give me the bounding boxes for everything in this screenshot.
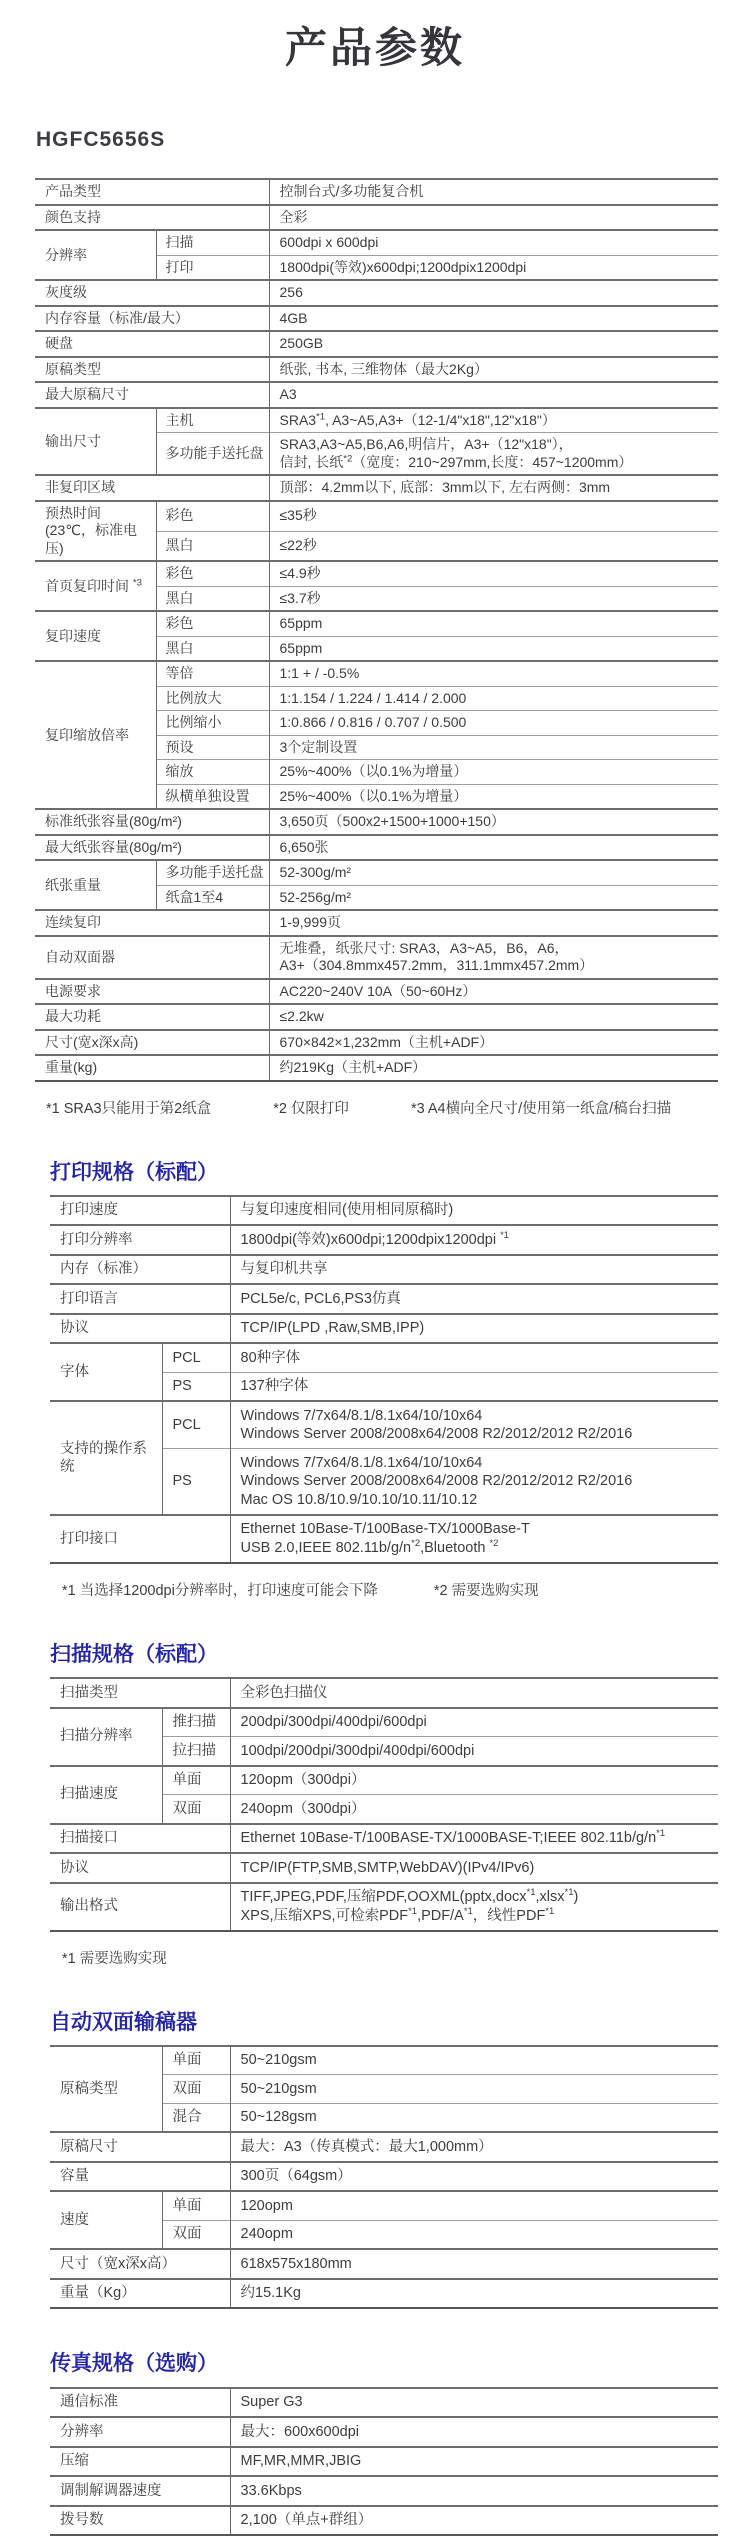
spec-sublabel: 比例放大 bbox=[156, 686, 269, 711]
table-row: 拨号数2,100（单点+群组） bbox=[50, 2506, 718, 2536]
table-row: 连续复印1-9,999页 bbox=[35, 910, 718, 936]
spec-label: 尺寸（宽x深x高） bbox=[50, 2249, 230, 2279]
table-row: 非复印区域顶部：4.2mm以下, 底部：3mm以下, 左右两侧：3mm bbox=[35, 475, 718, 501]
spec-sublabel: 多功能手送托盘 bbox=[156, 433, 269, 476]
spec-value: 与复印机共享 bbox=[230, 1255, 718, 1285]
spec-sublabel: 缩放 bbox=[156, 760, 269, 785]
footnote: *1 SRA3只能用于第2纸盒 bbox=[46, 1097, 211, 1118]
footnote: *1 需要选购实现 bbox=[62, 1947, 167, 1968]
spec-value: 4GB bbox=[269, 306, 718, 332]
footnote: *3 A4横向全尺寸/使用第一纸盒/稿台扫描 bbox=[411, 1097, 671, 1118]
spec-label: 打印分辨率 bbox=[50, 1225, 230, 1255]
section-print-specs: 打印规格（标配） 打印速度与复印速度相同(使用相同原稿时)打印分辨率1800dp… bbox=[0, 1160, 750, 1600]
spec-label: 最大原稿尺寸 bbox=[35, 382, 269, 408]
footnote: *2 需要选购实现 bbox=[434, 1579, 539, 1600]
scan-spec-table: 扫描类型全彩色扫描仪扫描分辨率推扫描200dpi/300dpi/400dpi/6… bbox=[50, 1677, 718, 1932]
spec-value: ≤22秒 bbox=[269, 531, 718, 561]
spec-value: 1:0.866 / 0.816 / 0.707 / 0.500 bbox=[269, 711, 718, 736]
table-row: 灰度级256 bbox=[35, 280, 718, 306]
section-heading-adf: 自动双面输稿器 bbox=[50, 2010, 750, 2035]
spec-value: 25%~400%（以0.1%为增量） bbox=[269, 784, 718, 809]
fax-spec-table: 通信标准Super G3分辨率最大：600x600dpi压缩MF,MR,MMR,… bbox=[50, 2387, 718, 2536]
table-row: 输出格式TIFF,JPEG,PDF,压缩PDF,OOXML(pptx,docx*… bbox=[50, 1883, 718, 1931]
spec-value: ≤3.7秒 bbox=[269, 586, 718, 611]
footnote: *2 仅限打印 bbox=[273, 1097, 349, 1118]
spec-label: 协议 bbox=[50, 1314, 230, 1344]
spec-label: 扫描分辨率 bbox=[50, 1708, 162, 1766]
table-row: 电源要求AC220~240V 10A（50~60Hz） bbox=[35, 979, 718, 1005]
section-adf-specs: 自动双面输稿器 原稿类型单面50~210gsm双面50~210gsm混合50~1… bbox=[0, 2010, 750, 2310]
spec-sublabel: 黑白 bbox=[156, 636, 269, 661]
spec-label: 重量(kg) bbox=[35, 1055, 269, 1081]
table-row: 复印速度彩色65ppm bbox=[35, 611, 718, 636]
spec-sublabel: 多功能手送托盘 bbox=[156, 860, 269, 885]
spec-value: PCL5e/c, PCL6,PS3仿真 bbox=[230, 1284, 718, 1314]
table-row: 最大纸张容量(80g/m²)6,650张 bbox=[35, 835, 718, 861]
spec-value: 250GB bbox=[269, 331, 718, 357]
table-row: 内存容量（标准/最大）4GB bbox=[35, 306, 718, 332]
spec-value: 50~210gsm bbox=[230, 2075, 718, 2104]
spec-value: A3 bbox=[269, 382, 718, 408]
spec-value: TIFF,JPEG,PDF,压缩PDF,OOXML(pptx,docx*1,xl… bbox=[230, 1883, 718, 1931]
spec-label: 输出尺寸 bbox=[35, 408, 156, 476]
spec-label: 自动双面器 bbox=[35, 936, 269, 979]
spec-value: 240opm（300dpi） bbox=[230, 1795, 718, 1824]
table-row: 硬盘250GB bbox=[35, 331, 718, 357]
spec-label: 非复印区域 bbox=[35, 475, 269, 501]
spec-value: TCP/IP(FTP,SMB,SMTP,WebDAV)(IPv4/IPv6) bbox=[230, 1853, 718, 1883]
spec-value: 约15.1Kg bbox=[230, 2279, 718, 2309]
spec-label: 速度 bbox=[50, 2191, 162, 2249]
spec-label: 拨号数 bbox=[50, 2506, 230, 2536]
print-footnotes: *1 当选择1200dpi分辨率时，打印速度可能会下降*2 需要选购实现 bbox=[62, 1579, 750, 1600]
spec-sublabel: 双面 bbox=[162, 1795, 230, 1824]
table-row: 输出尺寸主机SRA3*1, A3~A5,A3+（12-1/4"x18",12"x… bbox=[35, 408, 718, 433]
spec-label: 打印接口 bbox=[50, 1515, 230, 1563]
spec-value: 240opm bbox=[230, 2220, 718, 2249]
model-number: HGFC5656S bbox=[36, 128, 750, 152]
table-row: 尺寸（宽x深x高）618x575x180mm bbox=[50, 2249, 718, 2279]
spec-value: 1-9,999页 bbox=[269, 910, 718, 936]
spec-value: 65ppm bbox=[269, 611, 718, 636]
table-row: 预热时间(23℃，标准电压)彩色≤35秒 bbox=[35, 501, 718, 531]
table-row: 支持的操作系统PCLWindows 7/7x64/8.1/8.1x64/10/1… bbox=[50, 1401, 718, 1449]
spec-label: 最大纸张容量(80g/m²) bbox=[35, 835, 269, 861]
spec-sublabel: 黑白 bbox=[156, 586, 269, 611]
table-row: 打印语言PCL5e/c, PCL6,PS3仿真 bbox=[50, 1284, 718, 1314]
table-row: 首页复印时间 *3彩色≤4.9秒 bbox=[35, 561, 718, 586]
table-row: 分辨率最大：600x600dpi bbox=[50, 2417, 718, 2447]
spec-label: 连续复印 bbox=[35, 910, 269, 936]
table-row: 调制解调器速度33.6Kbps bbox=[50, 2476, 718, 2506]
spec-value: Windows 7/7x64/8.1/8.1x64/10/10x64Window… bbox=[230, 1401, 718, 1449]
table-row: 重量(kg)约219Kg（主机+ADF） bbox=[35, 1055, 718, 1081]
spec-value: 50~210gsm bbox=[230, 2046, 718, 2075]
spec-value: SRA3,A3~A5,B6,A6,明信片，A3+（12"x18"），信封, 长纸… bbox=[269, 433, 718, 476]
spec-value: 3个定制设置 bbox=[269, 735, 718, 760]
spec-label: 复印速度 bbox=[35, 611, 156, 661]
spec-label: 电源要求 bbox=[35, 979, 269, 1005]
spec-label: 压缩 bbox=[50, 2447, 230, 2477]
spec-value: 33.6Kbps bbox=[230, 2476, 718, 2506]
table-row: 尺寸(宽x深x高)670×842×1,232mm（主机+ADF） bbox=[35, 1030, 718, 1056]
spec-value: 纸张, 书本, 三维物体（最大2Kg） bbox=[269, 357, 718, 383]
spec-value: 无堆叠，纸张尺寸: SRA3，A3~A5，B6，A6，A3+（304.8mmx4… bbox=[269, 936, 718, 979]
spec-value: 3,650页（500x2+1500+1000+150） bbox=[269, 809, 718, 835]
table-row: 复印缩放倍率等倍1:1 + / -0.5% bbox=[35, 661, 718, 686]
table-row: 扫描分辨率推扫描200dpi/300dpi/400dpi/600dpi bbox=[50, 1708, 718, 1737]
spec-value: 618x575x180mm bbox=[230, 2249, 718, 2279]
spec-label: 内存容量（标准/最大） bbox=[35, 306, 269, 332]
spec-label: 尺寸(宽x深x高) bbox=[35, 1030, 269, 1056]
spec-value: 最大：600x600dpi bbox=[230, 2417, 718, 2447]
spec-value: 顶部：4.2mm以下, 底部：3mm以下, 左右两侧：3mm bbox=[269, 475, 718, 501]
table-row: 原稿类型纸张, 书本, 三维物体（最大2Kg） bbox=[35, 357, 718, 383]
spec-sublabel: PCL bbox=[162, 1401, 230, 1449]
spec-label: 扫描速度 bbox=[50, 1766, 162, 1824]
scan-footnotes: *1 需要选购实现 bbox=[62, 1947, 750, 1968]
spec-sublabel: 拉扫描 bbox=[162, 1737, 230, 1766]
section-scan-specs: 扫描规格（标配） 扫描类型全彩色扫描仪扫描分辨率推扫描200dpi/300dpi… bbox=[0, 1642, 750, 1968]
adf-spec-table: 原稿类型单面50~210gsm双面50~210gsm混合50~128gsm原稿尺… bbox=[50, 2045, 718, 2310]
spec-value: Ethernet 10Base-T/100BASE-TX/1000BASE-T;… bbox=[230, 1824, 718, 1854]
spec-value: AC220~240V 10A（50~60Hz） bbox=[269, 979, 718, 1005]
spec-value: 65ppm bbox=[269, 636, 718, 661]
spec-label: 首页复印时间 *3 bbox=[35, 561, 156, 611]
spec-sublabel: 单面 bbox=[162, 2191, 230, 2220]
spec-sublabel: 比例缩小 bbox=[156, 711, 269, 736]
spec-sublabel: 纸盒1至4 bbox=[156, 885, 269, 910]
spec-value: 137种字体 bbox=[230, 1372, 718, 1401]
spec-value: 670×842×1,232mm（主机+ADF） bbox=[269, 1030, 718, 1056]
spec-label: 字体 bbox=[50, 1343, 162, 1401]
spec-sublabel: 彩色 bbox=[156, 611, 269, 636]
spec-value: 全彩色扫描仪 bbox=[230, 1678, 718, 1708]
spec-label: 标准纸张容量(80g/m²) bbox=[35, 809, 269, 835]
table-row: 通信标准Super G3 bbox=[50, 2388, 718, 2418]
spec-label: 纸张重量 bbox=[35, 860, 156, 910]
spec-sublabel: PS bbox=[162, 1449, 230, 1515]
spec-label: 扫描接口 bbox=[50, 1824, 230, 1854]
table-row: 协议TCP/IP(LPD ,Raw,SMB,IPP) bbox=[50, 1314, 718, 1344]
table-row: 扫描速度单面120opm（300dpi） bbox=[50, 1766, 718, 1795]
spec-value: MF,MR,MMR,JBIG bbox=[230, 2447, 718, 2477]
spec-label: 打印语言 bbox=[50, 1284, 230, 1314]
spec-value: 120opm bbox=[230, 2191, 718, 2220]
table-row: 压缩MF,MR,MMR,JBIG bbox=[50, 2447, 718, 2477]
spec-sublabel: 双面 bbox=[162, 2075, 230, 2104]
spec-value: Ethernet 10Base-T/100Base-TX/1000Base-TU… bbox=[230, 1515, 718, 1563]
spec-value: ≤35秒 bbox=[269, 501, 718, 531]
table-row: 打印接口Ethernet 10Base-T/100Base-TX/1000Bas… bbox=[50, 1515, 718, 1563]
spec-sublabel: 推扫描 bbox=[162, 1708, 230, 1737]
spec-value: 200dpi/300dpi/400dpi/600dpi bbox=[230, 1708, 718, 1737]
spec-sublabel: 单面 bbox=[162, 1766, 230, 1795]
spec-sublabel: 混合 bbox=[162, 2103, 230, 2132]
page-title: 产品参数 bbox=[0, 24, 750, 72]
table-row: 产品类型控制台式/多功能复合机 bbox=[35, 179, 718, 205]
spec-value: 256 bbox=[269, 280, 718, 306]
spec-value: Windows 7/7x64/8.1/8.1x64/10/10x64Window… bbox=[230, 1449, 718, 1515]
spec-label: 原稿类型 bbox=[50, 2046, 162, 2133]
table-row: 分辨率扫描600dpi x 600dpi bbox=[35, 230, 718, 255]
spec-value: 600dpi x 600dpi bbox=[269, 230, 718, 255]
spec-value: 2,100（单点+群组） bbox=[230, 2506, 718, 2536]
spec-sublabel: 预设 bbox=[156, 735, 269, 760]
spec-label: 灰度级 bbox=[35, 280, 269, 306]
spec-label: 最大功耗 bbox=[35, 1004, 269, 1030]
table-row: 最大原稿尺寸A3 bbox=[35, 382, 718, 408]
spec-label: 容量 bbox=[50, 2162, 230, 2192]
spec-sublabel: 纵横单独设置 bbox=[156, 784, 269, 809]
spec-value: 1800dpi(等效)x600dpi;1200dpix1200dpi *1 bbox=[230, 1225, 718, 1255]
spec-value: 1800dpi(等效)x600dpi;1200dpix1200dpi bbox=[269, 255, 718, 280]
section-fax-specs: 传真规格（选购） 通信标准Super G3分辨率最大：600x600dpi压缩M… bbox=[0, 2351, 750, 2536]
spec-value: 控制台式/多功能复合机 bbox=[269, 179, 718, 205]
spec-value: 约219Kg（主机+ADF） bbox=[269, 1055, 718, 1081]
spec-label: 原稿尺寸 bbox=[50, 2132, 230, 2162]
table-row: 重量（Kg）约15.1Kg bbox=[50, 2279, 718, 2309]
section-heading-fax: 传真规格（选购） bbox=[50, 2351, 750, 2376]
spec-value: 6,650张 bbox=[269, 835, 718, 861]
spec-value: Super G3 bbox=[230, 2388, 718, 2418]
spec-value: 最大：A3（传真模式：最大1,000mm） bbox=[230, 2132, 718, 2162]
spec-value: 1:1.154 / 1.224 / 1.414 / 2.000 bbox=[269, 686, 718, 711]
spec-sublabel: 等倍 bbox=[156, 661, 269, 686]
table-row: 原稿尺寸最大：A3（传真模式：最大1,000mm） bbox=[50, 2132, 718, 2162]
table-row: 扫描接口Ethernet 10Base-T/100BASE-TX/1000BAS… bbox=[50, 1824, 718, 1854]
spec-sublabel: 单面 bbox=[162, 2046, 230, 2075]
table-row: 自动双面器无堆叠，纸张尺寸: SRA3，A3~A5，B6，A6，A3+（304.… bbox=[35, 936, 718, 979]
spec-value: ≤4.9秒 bbox=[269, 561, 718, 586]
spec-value: 100dpi/200dpi/300dpi/400dpi/600dpi bbox=[230, 1737, 718, 1766]
spec-label: 调制解调器速度 bbox=[50, 2476, 230, 2506]
spec-value: 50~128gsm bbox=[230, 2103, 718, 2132]
spec-label: 支持的操作系统 bbox=[50, 1401, 162, 1515]
spec-label: 产品类型 bbox=[35, 179, 269, 205]
table-row: 最大功耗≤2.2kw bbox=[35, 1004, 718, 1030]
spec-value: 300页（64gsm） bbox=[230, 2162, 718, 2192]
spec-label: 分辨率 bbox=[35, 230, 156, 280]
product-spec-page: 产品参数 HGFC5656S 产品类型控制台式/多功能复合机颜色支持全彩分辨率扫… bbox=[0, 0, 750, 2536]
table-row: 打印分辨率1800dpi(等效)x600dpi;1200dpix1200dpi … bbox=[50, 1225, 718, 1255]
table-row: 字体PCL80种字体 bbox=[50, 1343, 718, 1372]
spec-value: 120opm（300dpi） bbox=[230, 1766, 718, 1795]
spec-label: 输出格式 bbox=[50, 1883, 230, 1931]
spec-value: ≤2.2kw bbox=[269, 1004, 718, 1030]
spec-label: 复印缩放倍率 bbox=[35, 661, 156, 809]
section-heading-scan: 扫描规格（标配） bbox=[50, 1642, 750, 1667]
spec-value: 25%~400%（以0.1%为增量） bbox=[269, 760, 718, 785]
main-table-footnotes: *1 SRA3只能用于第2纸盒*2 仅限打印*3 A4横向全尺寸/使用第一纸盒/… bbox=[46, 1097, 750, 1118]
spec-sublabel: PS bbox=[162, 1372, 230, 1401]
spec-sublabel: 黑白 bbox=[156, 531, 269, 561]
spec-label: 预热时间(23℃，标准电压) bbox=[35, 501, 156, 562]
print-spec-table: 打印速度与复印速度相同(使用相同原稿时)打印分辨率1800dpi(等效)x600… bbox=[50, 1195, 718, 1564]
spec-label: 颜色支持 bbox=[35, 205, 269, 231]
table-row: 标准纸张容量(80g/m²)3,650页（500x2+1500+1000+150… bbox=[35, 809, 718, 835]
spec-value: 80种字体 bbox=[230, 1343, 718, 1372]
spec-value: 1:1 + / -0.5% bbox=[269, 661, 718, 686]
spec-value: 全彩 bbox=[269, 205, 718, 231]
spec-label: 通信标准 bbox=[50, 2388, 230, 2418]
spec-label: 扫描类型 bbox=[50, 1678, 230, 1708]
spec-sublabel: 扫描 bbox=[156, 230, 269, 255]
spec-sublabel: 双面 bbox=[162, 2220, 230, 2249]
spec-value: 52-256g/m² bbox=[269, 885, 718, 910]
table-row: 原稿类型单面50~210gsm bbox=[50, 2046, 718, 2075]
table-row: 速度单面120opm bbox=[50, 2191, 718, 2220]
spec-label: 重量（Kg） bbox=[50, 2279, 230, 2309]
spec-value: SRA3*1, A3~A5,A3+（12-1/4"x18",12"x18"） bbox=[269, 408, 718, 433]
spec-value: 52-300g/m² bbox=[269, 860, 718, 885]
spec-label: 原稿类型 bbox=[35, 357, 269, 383]
footnote: *1 当选择1200dpi分辨率时，打印速度可能会下降 bbox=[62, 1579, 378, 1600]
spec-label: 协议 bbox=[50, 1853, 230, 1883]
spec-sublabel: 打印 bbox=[156, 255, 269, 280]
table-row: 协议TCP/IP(FTP,SMB,SMTP,WebDAV)(IPv4/IPv6) bbox=[50, 1853, 718, 1883]
table-row: 颜色支持全彩 bbox=[35, 205, 718, 231]
spec-value: TCP/IP(LPD ,Raw,SMB,IPP) bbox=[230, 1314, 718, 1344]
spec-label: 内存（标准） bbox=[50, 1255, 230, 1285]
table-row: 纸张重量多功能手送托盘52-300g/m² bbox=[35, 860, 718, 885]
spec-label: 分辨率 bbox=[50, 2417, 230, 2447]
table-row: 容量300页（64gsm） bbox=[50, 2162, 718, 2192]
spec-sublabel: PCL bbox=[162, 1343, 230, 1372]
spec-value: 与复印速度相同(使用相同原稿时) bbox=[230, 1196, 718, 1226]
main-spec-table: 产品类型控制台式/多功能复合机颜色支持全彩分辨率扫描600dpi x 600dp… bbox=[35, 178, 718, 1082]
spec-label: 硬盘 bbox=[35, 331, 269, 357]
spec-sublabel: 彩色 bbox=[156, 561, 269, 586]
section-heading-print: 打印规格（标配） bbox=[50, 1160, 750, 1185]
table-row: 打印速度与复印速度相同(使用相同原稿时) bbox=[50, 1196, 718, 1226]
spec-sublabel: 彩色 bbox=[156, 501, 269, 531]
spec-sublabel: 主机 bbox=[156, 408, 269, 433]
table-row: 扫描类型全彩色扫描仪 bbox=[50, 1678, 718, 1708]
table-row: 内存（标准）与复印机共享 bbox=[50, 1255, 718, 1285]
spec-label: 打印速度 bbox=[50, 1196, 230, 1226]
